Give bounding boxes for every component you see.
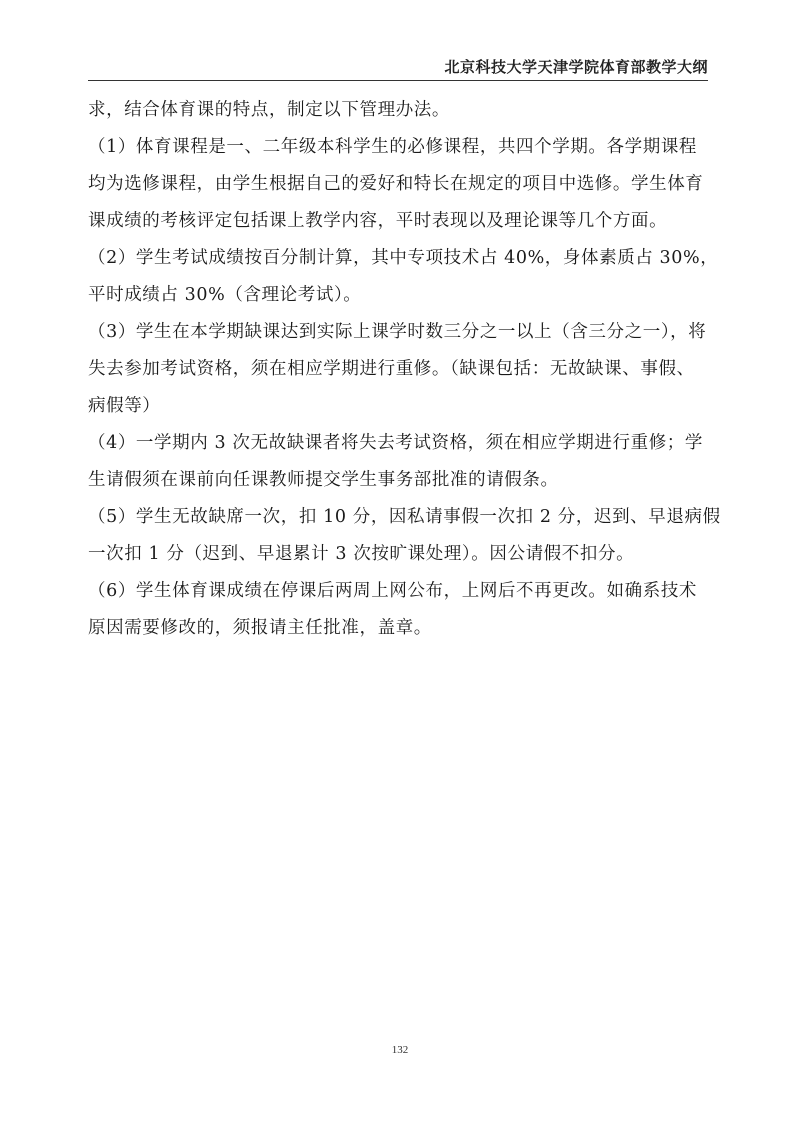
paragraph-line: 求，结合体育课的特点，制定以下管理办法。 xyxy=(88,92,728,129)
paragraph-line: 一次扣 1 分（迟到、早退累计 3 次按旷课处理）。因公请假不扣分。 xyxy=(88,536,728,573)
paragraph-line: 平时成绩占 30%（含理论考试）。 xyxy=(88,277,728,314)
paragraph-line: 原因需要修改的，须报请主任批准，盖章。 xyxy=(88,610,728,647)
paragraph-line: 生请假须在课前向任课教师提交学生事务部批准的请假条。 xyxy=(88,462,728,499)
paragraph-line: 均为选修课程，由学生根据自己的爱好和特长在规定的项目中选修。学生体育 xyxy=(88,166,728,203)
paragraph-line: 病假等） xyxy=(88,388,728,425)
paragraph-line: （6）学生体育课成绩在停课后两周上网公布，上网后不再更改。如确系技术 xyxy=(88,573,728,610)
paragraph-line: （5）学生无故缺席一次，扣 10 分，因私请事假一次扣 2 分，迟到、早退病假 xyxy=(88,499,728,536)
running-header-title: 北京科技大学天津学院体育部教学大纲 xyxy=(444,56,708,77)
page-number: 132 xyxy=(0,1044,800,1056)
paragraph-line: 课成绩的考核评定包括课上教学内容，平时表现以及理论课等几个方面。 xyxy=(88,203,728,240)
paragraph-line: （1）体育课程是一、二年级本科学生的必修课程，共四个学期。各学期课程 xyxy=(88,129,728,166)
paragraph-line: （2）学生考试成绩按百分制计算，其中专项技术占 40%，身体素质占 30%， xyxy=(88,240,728,277)
header-divider xyxy=(88,80,708,81)
paragraph-line: （3）学生在本学期缺课达到实际上课学时数三分之一以上（含三分之一），将 xyxy=(88,314,728,351)
document-body: 求，结合体育课的特点，制定以下管理办法。 （1）体育课程是一、二年级本科学生的必… xyxy=(88,92,728,647)
paragraph-line: 失去参加考试资格，须在相应学期进行重修。（缺课包括：无故缺课、事假、 xyxy=(88,351,728,388)
paragraph-line: （4）一学期内 3 次无故缺课者将失去考试资格，须在相应学期进行重修；学 xyxy=(88,425,728,462)
